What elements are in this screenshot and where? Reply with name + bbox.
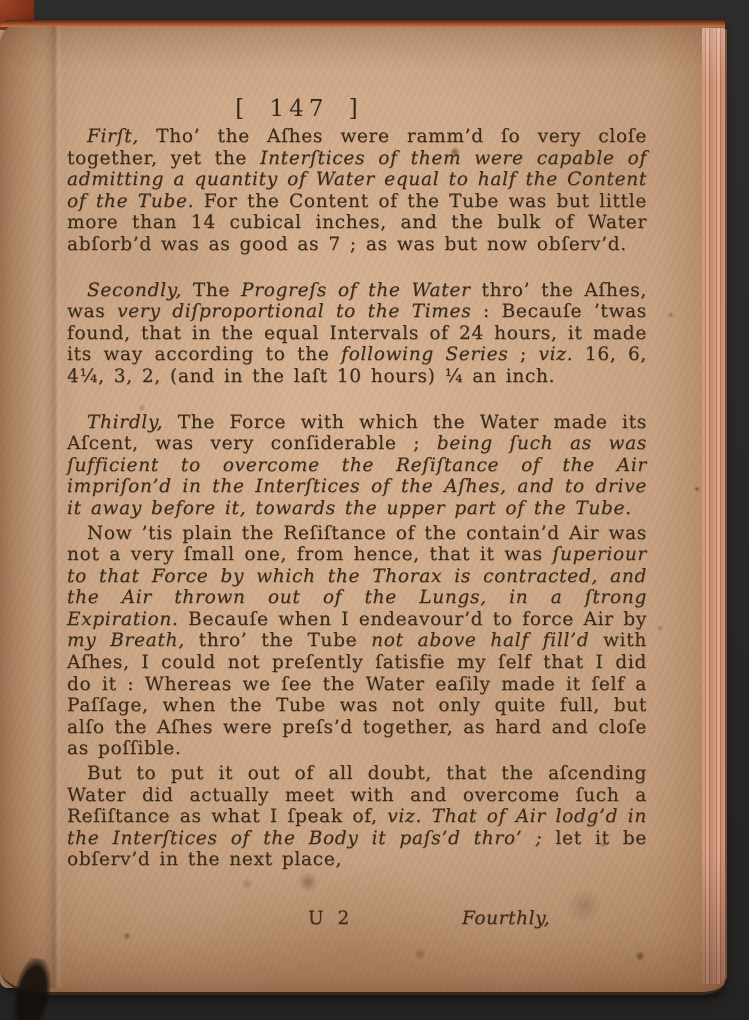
text-segment: viz.	[539, 344, 574, 365]
text-segment: Secondly,	[87, 280, 182, 301]
page-number: [ 147 ]	[67, 96, 531, 122]
text-segment: Thirdly,	[87, 412, 163, 433]
signature-mark: U 2	[308, 908, 353, 929]
paragraph-1: Firſt, Tho’ the Aſhes were ramm’d ſo ver…	[67, 126, 647, 256]
paragraph-3: Thirdly, The Force with which the Water …	[67, 412, 647, 520]
text-segment: not above half fill’d	[371, 630, 589, 651]
bottom-corner-shadow	[11, 956, 56, 1020]
red-stained-top-edge	[0, 20, 725, 27]
photo-backdrop: [ 147 ] Firſt, Tho’ the Aſhes were ramm’…	[0, 0, 749, 1020]
text-segment: following Series	[341, 344, 508, 365]
paragraph-4: Now ’tis plain the Reſiſtance of the con…	[67, 523, 647, 761]
text-segment: Firſt,	[87, 126, 139, 147]
text-segment: my Breath,	[67, 630, 185, 651]
text-segment: very diſproportional to the Times	[117, 301, 471, 322]
text-segment: Becauſe when I endeavour’d to force Air …	[179, 609, 647, 630]
paragraph-5: But to put it out of all doubt, that the…	[67, 763, 647, 871]
book-page: [ 147 ] Firſt, Tho’ the Aſhes were ramm’…	[0, 20, 725, 995]
text-segment: The	[182, 280, 241, 301]
fore-edge-page-stack	[702, 28, 727, 984]
catchword: Fourthly,	[462, 908, 550, 929]
page-footer: U 2 Fourthly,	[67, 908, 647, 934]
text-block: Firſt, Tho’ the Aſhes were ramm’d ſo ver…	[67, 126, 647, 871]
text-segment: Progreſs of the Water	[241, 280, 471, 301]
text-segment: thro’ the Tube	[185, 630, 371, 651]
gutter-crease	[44, 26, 64, 988]
paragraph-2: Secondly, The Progreſs of the Water thro…	[67, 280, 647, 388]
text-segment: ;	[508, 344, 538, 365]
